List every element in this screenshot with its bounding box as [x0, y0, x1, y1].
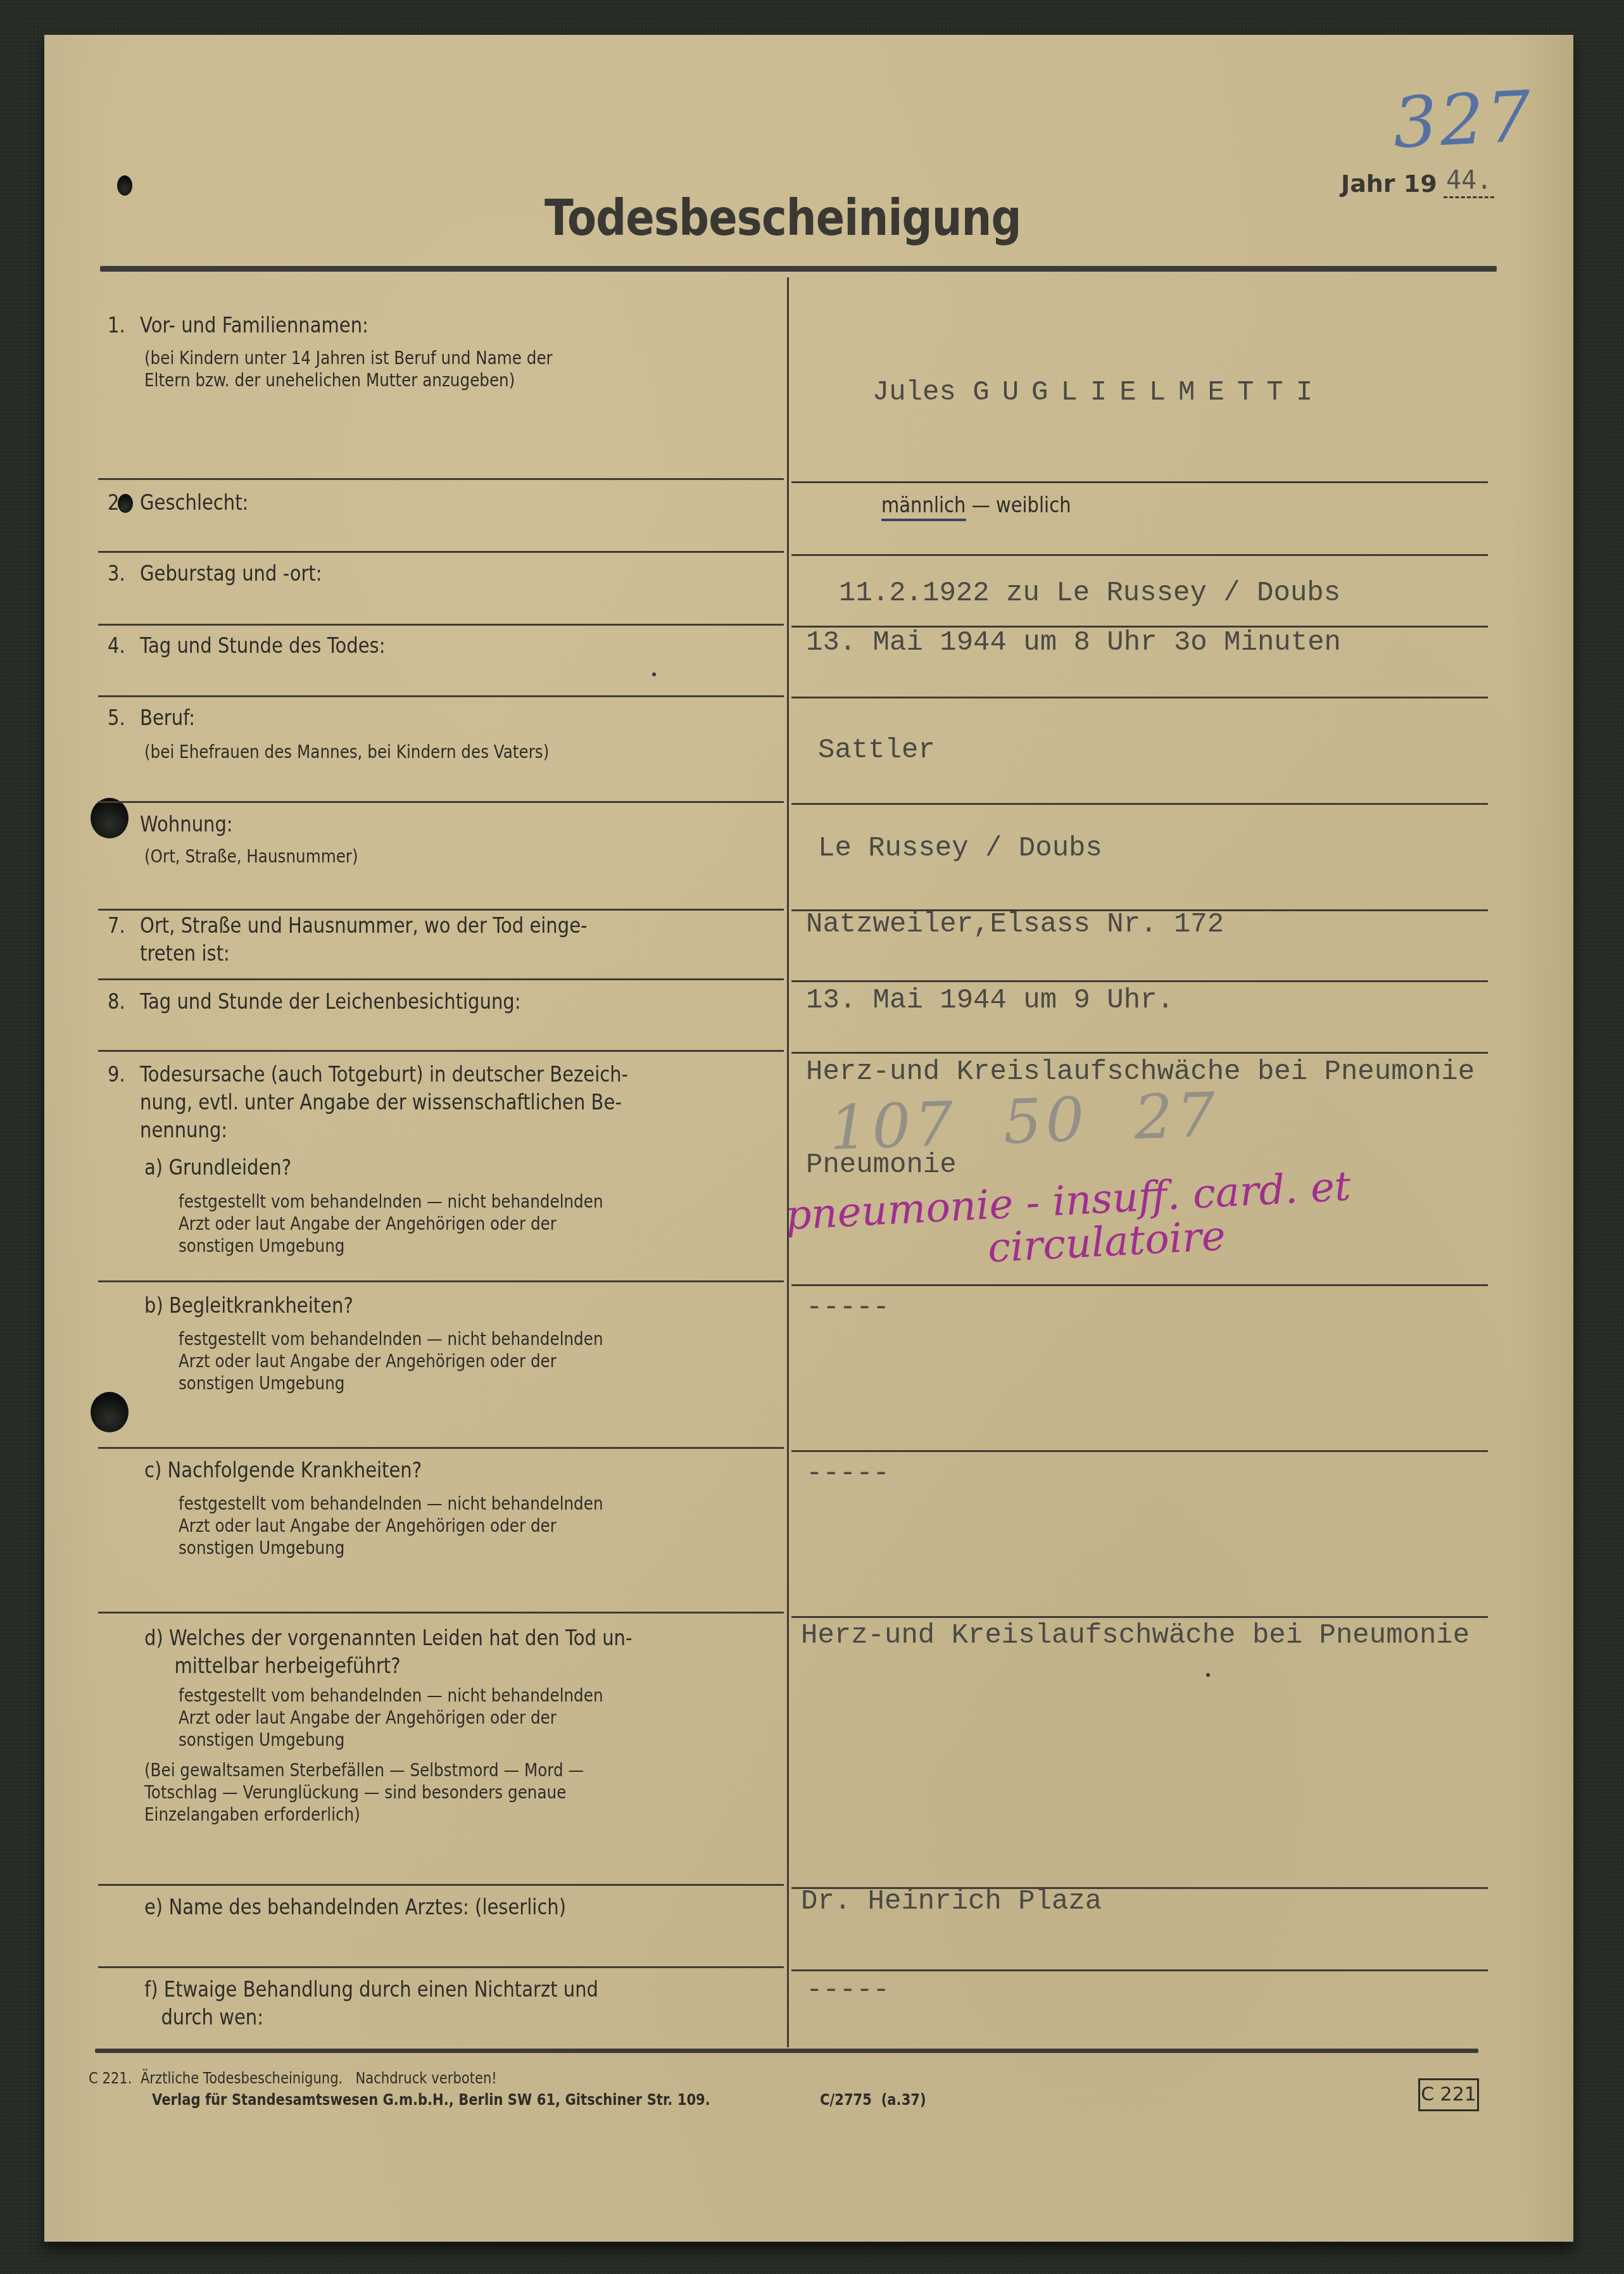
row-divider	[791, 1284, 1488, 1286]
year-value: 44.	[1444, 166, 1494, 198]
row-divider	[98, 1050, 784, 1052]
row-divider	[98, 1884, 784, 1886]
field-7-label: 7.Ort, Straße und Hausnummer, wo der Tod…	[108, 912, 588, 968]
cause-d-label: d) Welches der vorgenannten Leiden hat d…	[144, 1624, 632, 1680]
bottom-rule	[95, 2049, 1478, 2053]
field-9-label: 9.Todesursache (auch Totgeburt) in deuts…	[108, 1061, 628, 1144]
occupation-value: Sattler	[818, 735, 935, 766]
column-divider	[787, 277, 789, 2047]
year-label: Jahr 19	[1341, 170, 1437, 198]
underlying-disease-value: Pneumonie	[806, 1149, 957, 1181]
non-physician-treatment-value: -----	[806, 1974, 890, 2006]
field-1-label: 1.Vor- und Familiennamen:	[108, 312, 368, 339]
page-title: Todesbescheinigung	[544, 190, 1021, 247]
sex-option-male-selected: männlich	[881, 493, 966, 521]
immediate-cause-value: Herz-und Kreislaufschwäche bei Pneumonie	[801, 1620, 1470, 1652]
cause-b-note: festgestellt vom behandelnden — nicht be…	[179, 1328, 603, 1394]
row-divider	[791, 1052, 1488, 1054]
row-divider	[98, 1612, 784, 1614]
row-divider	[98, 1447, 784, 1449]
row-divider	[791, 1616, 1488, 1618]
field-5-label: 5.Beruf:	[108, 704, 195, 732]
birth-value: 11.2.1922 zu Le Russey / Doubs	[839, 578, 1340, 609]
row-divider	[98, 1280, 784, 1282]
field-8-label: 8.Tag und Stunde der Leichenbesichtigung…	[108, 988, 521, 1016]
subsequent-disease-value: -----	[806, 1458, 890, 1489]
field-6-note: (Ort, Straße, Hausnummer)	[144, 845, 358, 868]
name-value: Jules GUGLIELMETTI	[839, 345, 1325, 408]
row-divider	[98, 551, 784, 553]
field-1-note: (bei Kindern unter 14 Jahren ist Beruf u…	[144, 347, 553, 391]
death-time-value: 13. Mai 1944 um 8 Uhr 3o Minuten	[806, 627, 1341, 659]
archive-number: 327	[1391, 75, 1535, 163]
row-divider	[791, 980, 1488, 982]
ink-speck	[1206, 1673, 1210, 1677]
row-divider	[98, 909, 784, 911]
place-of-death-value: Natzweiler,Elsass Nr. 172	[806, 909, 1224, 940]
field-number: 1.	[108, 312, 140, 339]
punch-hole-lower	[91, 1392, 129, 1432]
form-number-box: C 221	[1418, 2078, 1479, 2111]
cause-b-label: b) Begleitkrankheiten?	[144, 1292, 353, 1320]
residence-value: Le Russey / Doubs	[818, 833, 1102, 864]
row-divider	[98, 624, 784, 626]
footer-line1: C 221. Ärztliche Todesbescheinigung. Nac…	[89, 2069, 497, 2087]
field-2-label: 2.Geschlecht:	[108, 489, 248, 517]
field-6-label: 6.Wohnung:	[108, 811, 233, 838]
cause-a-note: festgestellt vom behandelnden — nicht be…	[179, 1191, 603, 1257]
sex-option-female: weiblich	[996, 493, 1071, 517]
ink-speck	[652, 673, 656, 676]
cause-e-label: e) Name des behandelnden Arztes: (leserl…	[144, 1893, 566, 1921]
cause-a-label: a) Grundleiden?	[144, 1154, 291, 1182]
row-divider	[98, 478, 784, 480]
row-divider	[791, 554, 1488, 556]
sex-options: männlich — weiblich	[881, 493, 1071, 517]
footer-order-code: C/2775 (a.37)	[820, 2091, 926, 2109]
punch-hole-top	[117, 175, 132, 196]
cause-c-note: festgestellt vom behandelnden — nicht be…	[179, 1493, 603, 1559]
concomitant-disease-value: -----	[806, 1292, 890, 1323]
violent-death-note: (Bei gewaltsamen Sterbefällen — Selbstmo…	[144, 1759, 584, 1826]
row-divider	[98, 695, 784, 697]
row-divider	[791, 697, 1488, 698]
last-name: GUGLIELMETTI	[973, 377, 1325, 408]
inspection-time-value: 13. Mai 1944 um 9 Uhr.	[806, 985, 1174, 1016]
row-divider	[791, 1450, 1488, 1452]
physician-name-value: Dr. Heinrich Plaza	[801, 1886, 1102, 1917]
first-name: Jules	[872, 377, 956, 408]
cause-d-note: festgestellt vom behandelnden — nicht be…	[179, 1684, 603, 1751]
field-3-label: 3.Geburstag und -ort:	[108, 560, 322, 588]
footer-publisher: Verlag für Standesamtswesen G.m.b.H., Be…	[152, 2091, 710, 2109]
row-divider	[791, 803, 1488, 805]
row-divider	[791, 1969, 1488, 1971]
title-rule	[100, 266, 1497, 272]
cause-f-label: f) Etwaige Behandlung durch einen Nichta…	[144, 1976, 598, 2031]
row-divider	[98, 978, 784, 980]
cause-c-label: c) Nachfolgende Krankheiten?	[144, 1456, 422, 1484]
row-divider	[98, 1966, 784, 1968]
row-divider	[791, 481, 1488, 483]
field-4-label: 4.Tag und Stunde des Todes:	[108, 632, 386, 660]
row-divider	[98, 801, 784, 803]
field-5-note: (bei Ehefrauen des Mannes, bei Kindern d…	[144, 741, 549, 763]
